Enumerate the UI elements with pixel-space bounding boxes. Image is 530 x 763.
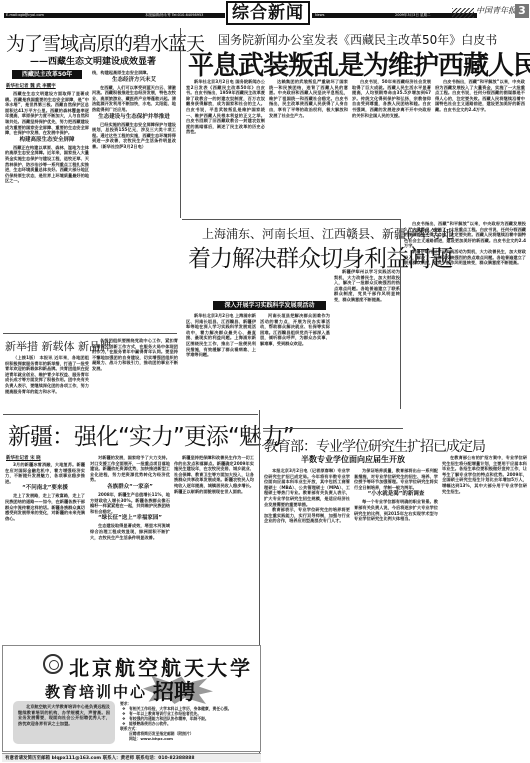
article-column: 线，构建起高原生态安全屏障。 生态经济方兴未艾 在西藏，人们可以享受到蓝天白云、… <box>92 70 176 296</box>
paragraph: 西藏在生态文明建设方面取得了显著成绩。西藏是我国重要的生态安全屏障，是“中华水塔… <box>5 91 89 136</box>
article-column: 各级团组织要围绕党政中心工作，紧扣青年需求，创新工作方式，在服务大局中体现团的作… <box>92 338 178 408</box>
hatch-decoration <box>452 8 474 18</box>
university-emblem-icon <box>43 654 63 674</box>
article-column: 新华社北京3月2日电 国务院新闻办公室2日发表《西藏民主改革50年》白皮书。白皮… <box>186 79 265 217</box>
section-subhead: 各族群众“一家亲” <box>90 483 170 492</box>
column-divider <box>400 219 401 409</box>
paragraph: 新疆伊犁州以学习实践活动为契机，大力改善民生，加大财政投入，解决了一批群众反映强… <box>404 249 526 266</box>
ad-intro-text: 北京航空航天大学教育培训中心是负责远程及继续教育培训的机构，办学规模大，声誉高。… <box>18 704 110 726</box>
section-title: 综合新闻 <box>226 1 310 25</box>
paragraph: 为保证培养质量，教育部将出台一系列配套措施，对专业学位研究生的招生、培养、学位授… <box>354 468 438 490</box>
article-column: 新华社北京3月2日电 上海浦东新区、河南长垣县、江西赣县、新疆伊犁等地在深入学习… <box>186 313 256 408</box>
horizontal-rule <box>3 414 258 415</box>
paragraph: 对新疆的发展，国家给予了大力支持。对口支援工作全面展开，一批重点项目落地建设。新… <box>90 455 170 483</box>
section-subhead: “绿长征”送上“幸福家园” <box>90 514 170 523</box>
paragraph: 河南长垣县把解决群众困难作为活动的着力点，开展为民办实事活动，帮助群众解决就业、… <box>260 313 330 347</box>
series-tag: 深入开展学习实践科学发展观活动 <box>213 301 326 310</box>
paragraph: 西藏正在构建以草原、森林、湿地为主体的高原生态安全屏障。近年来，国家投入大量资金… <box>5 145 89 184</box>
article-column: 西藏在生态文明建设方面取得了显著成绩。西藏是我国重要的生态安全屏障，是“中华水塔… <box>5 91 89 296</box>
recruitment-advertisement[interactable]: 北京航空航天大学 教育培训中心 招聘 北京航空航天大学教育培训中心是负责远程及继… <box>2 645 261 752</box>
series-tag: 西藏民主改革50年 <box>12 70 82 79</box>
paragraph: （上接1版） 本报讯 近年来，各地团组织积极探索服务青年的新举措，打造了一批受青… <box>5 355 89 394</box>
masthead: E-mail:xgb@cyol.com 本版编辑/杨永秀 Tel:010-640… <box>0 0 530 28</box>
article-column: （上接1版） 本报讯 近年来，各地团组织积极探索服务青年的新举措，打造了一批受青… <box>5 355 89 408</box>
horizontal-rule <box>182 219 400 220</box>
paragraph: 走上了发展路，走上了致富路，走上了民族团结的道路——如今，在新疆各族干部群众中流… <box>5 493 85 521</box>
headline[interactable]: 新疆：强化“实力”更添“魅力” <box>8 418 294 451</box>
paragraph: 白皮书指出，西藏“和平解放”以来，中央政府为西藏发展投入了大量资金，实施了一大批… <box>435 79 525 113</box>
article-column-continued: 白皮书指出，西藏“和平解放”以来，中央政府为西藏发展投入了大量资金，实施了一大批… <box>404 221 526 451</box>
subheadline: ——西藏生态文明建设成效显著 <box>30 54 156 67</box>
issue-date: 2009年3月3日 星期二 <box>395 13 430 18</box>
requirement-item: 能够熟练使用办公软件。 <box>120 721 258 726</box>
ad-requirements: 要求： 有相关工作经验，大学本科以上学历，身体健康，责任心强。 有一年以上教育培… <box>120 701 258 745</box>
section-english: News <box>315 13 324 18</box>
paragraph: 各级团组织要围绕党政中心工作，紧扣青年需求，创新工作方式，在服务大局中体现团的作… <box>92 338 178 372</box>
byline: 新华社记者 宋 晓 <box>6 455 41 461</box>
section-subhead: 构建高原生态安全屏障 <box>5 136 89 145</box>
paragraph: 白皮书指出，西藏“和平解放”以来，中央政府为西藏发展投入了大量资金，实施了一大批… <box>404 221 526 249</box>
paragraph: 在教育部公布的扩招方案中，专业学位研究生招生将分配增量计划，主要用于应届本科毕业… <box>442 455 527 494</box>
section-subhead: 生态经济方兴未艾 <box>92 76 176 85</box>
masthead-email[interactable]: E-mail:xgb@cyol.com <box>6 13 44 18</box>
article-column: 新疆伊犁州以学习实践活动为契机，大力改善民生，加大财政投入，解决了一批群众反映强… <box>334 269 400 408</box>
article-column: 在教育部公布的扩招方案中，专业学位研究生招生将分配增量计划，主要用于应届本科毕业… <box>442 455 527 758</box>
subheadline: 半数专业学位面向应届生开放 <box>301 454 405 465</box>
paragraph: 已经实施的西藏生态安全屏障保护与建设规划，总投资155亿元，涉及三大类十项工程。… <box>92 122 176 150</box>
section-subhead: 生态建设与生态保护并举推进 <box>92 113 176 122</box>
ad-contact-footer[interactable]: 有意者请发简历至邮箱 blqpx111@163.com 联系人：黄老师 联系电话… <box>2 753 261 762</box>
masthead-editor: 本版编辑/杨永秀 Tel:010-64098953 <box>145 13 203 18</box>
article-column: 白皮书说，50年来西藏经济社会发展取得了巨大成就。西藏人民生活水平显著提高，人均… <box>352 79 431 217</box>
newspaper-logo: 中国青年报 <box>476 5 516 16</box>
paragraph: 新疆伊犁州以学习实践活动为契机，大力改善民生，加大财政投入，解决了一批群众反映强… <box>334 269 400 303</box>
horizontal-rule <box>3 333 177 334</box>
paragraph: 新华社北京3月2日电 国务院新闻办公室2日发表《西藏民主改革50年》白皮书。白皮… <box>186 79 265 135</box>
article-column: 3月的新疆冰雪消融，大地复苏。新疆在应对国际金融危机中，着力增强经济实力，不断提… <box>5 462 85 640</box>
ad-intro-panel: 北京航空航天大学教育培训中心是负责远程及继续教育培训的机构，办学规模大，声誉高。… <box>13 701 115 744</box>
paragraph: 生态建设取得显著成效，塔里木河流域综合治理工程成效显现，绿洲面积不断扩大，农牧民… <box>90 523 170 540</box>
article-column: 白皮书指出，西藏“和平解放”以来，中央政府为西藏发展投入了大量资金，实施了一大批… <box>435 79 525 217</box>
article-column: 为保证培养质量，教育部将出台一系列配套措施，对专业学位研究生的招生、培养、学位授… <box>354 468 438 758</box>
horizontal-rule <box>263 428 403 429</box>
article-column: 河南长垣县把解决群众困难作为活动的着力点，开展为民办实事活动，帮助群众解决就业、… <box>260 313 330 408</box>
paragraph: 达赖集团的武装叛乱严重破坏了国家统一和民族团结，违背了西藏人民的意愿。中央政府和… <box>269 79 348 118</box>
page-number: 3 <box>515 4 529 18</box>
headline[interactable]: 为了雪域高原的碧水蓝天 <box>6 29 204 56</box>
contact-website-link[interactable]: 网址：www.bhpx.com <box>120 736 258 741</box>
paragraph: 新疆坚持把保障和改善民生作为一切工作的出发点和落脚点。新疆确定2009年实施民生… <box>174 455 254 494</box>
paragraph: 教育部表示，专业学位研究生的培养将更加注重实践能力，实行双导师制，加强与行业企业… <box>264 507 350 524</box>
paragraph: 2008年，新疆生产总值增长11%，地方财政收入增长30%。新疆各族群众像石榴籽… <box>90 492 170 514</box>
paragraph: 每一个专业学位都有明确的职业背景。教育部有关负责人说，今后将逐步扩大专业学位研究… <box>354 499 438 521</box>
headline[interactable]: 平息武装叛乱是为维护西藏人民根本利益 <box>188 45 530 82</box>
paragraph: 3月的新疆冰雪消融，大地复苏。新疆在应对国际金融危机中，着力增强经济实力，不断提… <box>5 462 85 484</box>
byline: 新华社记者 魏 武 李鹏宇 <box>6 83 56 89</box>
column-divider <box>180 28 181 218</box>
article-column: 新疆坚持把保障和改善民生作为一切工作的出发点和落脚点。新疆确定2009年实施民生… <box>174 455 254 640</box>
paragraph: 白皮书说，50年来西藏经济社会发展取得了巨大成就。西藏人民生活水平显著提高，人均… <box>352 79 431 118</box>
paragraph: 在西藏，人们可以享受到蓝天白云、清澈河流。西藏积极推进生态经济发展，特色农牧业、… <box>92 85 176 113</box>
paragraph: 本报北京3月2日电（记者原春琳）专业学位研究生扩招已成定局。今年将有半数专业学位… <box>264 468 350 507</box>
headline[interactable]: 教育部：专业学位研究生扩招已成定局 <box>264 436 485 456</box>
article-column: 本报北京3月2日电（记者原春琳）专业学位研究生扩招已成定局。今年将有半数专业学位… <box>264 468 350 758</box>
article-column: 对新疆的发展，国家给予了大力支持。对口支援工作全面展开，一批重点项目落地建设。新… <box>90 455 170 640</box>
article-column: 达赖集团的武装叛乱严重破坏了国家统一和民族团结，违背了西藏人民的意愿。中央政府和… <box>269 79 348 217</box>
paragraph: 新华社北京3月2日电 上海浦东新区、河南长垣县、江西赣县、新疆伊犁等地在深入学习… <box>186 313 256 358</box>
training-center-name: 教育培训中心 <box>45 681 147 702</box>
